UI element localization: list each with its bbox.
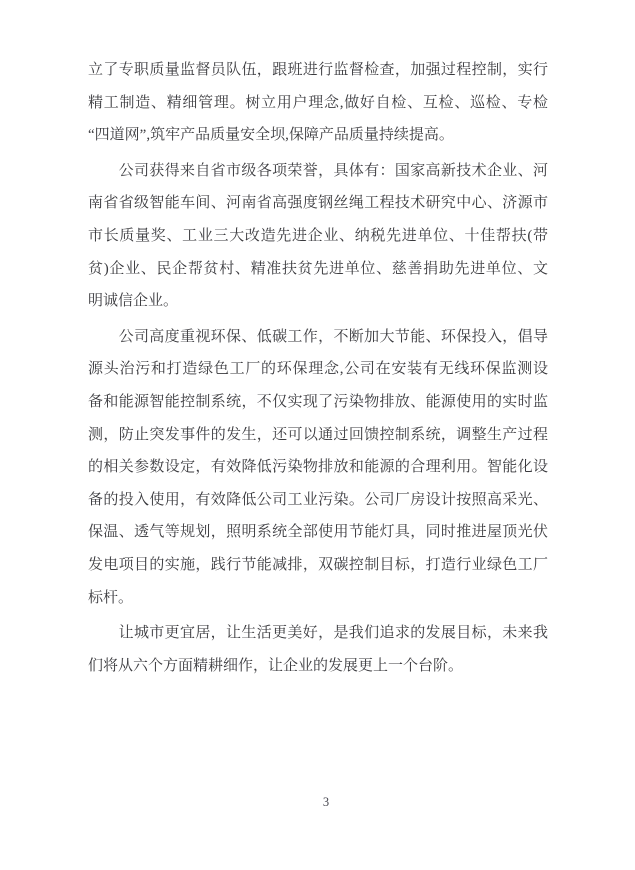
page-number: 3	[323, 795, 329, 809]
text-line: 备的投入使用，有效降低公司工业污染。公司厂房设计按照高采光、	[88, 484, 548, 517]
text-line: 精工制造、精细管理。树立用户理念,做好自检、互检、巡检、专检	[88, 87, 548, 120]
page-footer: 3	[0, 795, 635, 810]
text-line: 市长质量奖、工业三大改造先进企业、纳税先进单位、十佳帮扶(带	[88, 220, 548, 253]
text-line: 备和能源智能控制系统，不仅实现了污染物排放、能源使用的实时监	[88, 386, 548, 419]
text-line: 立了专职质量监督员队伍，跟班进行监督检查，加强过程控制，实行	[88, 54, 548, 87]
text-line: 的相关参数设定，有效降低污染物排放和能源的合理利用。智能化设	[88, 451, 548, 484]
text-line: 保温、透气等规划，照明系统全部使用节能灯具，同时推进屋顶光伏	[88, 516, 548, 549]
text-line: 贫)企业、民企帮贫村、精准扶贫先进单位、慈善捐助先进单位、文	[88, 253, 548, 286]
paragraph: 公司高度重视环保、低碳工作，不断加大节能、环保投入，倡导源头治污和打造绿色工厂的…	[88, 321, 548, 614]
paragraph: 立了专职质量监督员队伍，跟班进行监督检查，加强过程控制，实行精工制造、精细管理。…	[88, 54, 548, 152]
text-line: 公司获得来自省市级各项荣誉，具体有：国家高新技术企业、河	[88, 155, 548, 188]
text-line: “四道网”,筑牢产品质量安全坝,保障产品质量持续提高。	[88, 119, 548, 152]
text-line: 让城市更宜居，让生活更美好，是我们追求的发展目标，未来我	[88, 617, 548, 650]
paragraph: 公司获得来自省市级各项荣誉，具体有：国家高新技术企业、河南省省级智能车间、河南省…	[88, 155, 548, 318]
text-line: 明诚信企业。	[88, 285, 548, 318]
document-page: 立了专职质量监督员队伍，跟班进行监督检查，加强过程控制，实行精工制造、精细管理。…	[0, 0, 635, 870]
text-line: 发电项目的实施，践行节能减排，双碳控制目标，打造行业绿色工厂	[88, 549, 548, 582]
text-line: 标杆。	[88, 582, 548, 615]
text-line: 公司高度重视环保、低碳工作，不断加大节能、环保投入，倡导	[88, 321, 548, 354]
paragraph: 让城市更宜居，让生活更美好，是我们追求的发展目标，未来我们将从六个方面精耕细作，…	[88, 617, 548, 682]
text-line: 南省省级智能车间、河南省高强度钢丝绳工程技术研究中心、济源市	[88, 187, 548, 220]
document-body: 立了专职质量监督员队伍，跟班进行监督检查，加强过程控制，实行精工制造、精细管理。…	[88, 54, 548, 685]
text-line: 测，防止突发事件的发生，还可以通过回馈控制系统，调整生产过程	[88, 419, 548, 452]
text-line: 源头治污和打造绿色工厂的环保理念,公司在安装有无线环保监测设	[88, 353, 548, 386]
text-line: 们将从六个方面精耕细作，让企业的发展更上一个台阶。	[88, 650, 548, 683]
